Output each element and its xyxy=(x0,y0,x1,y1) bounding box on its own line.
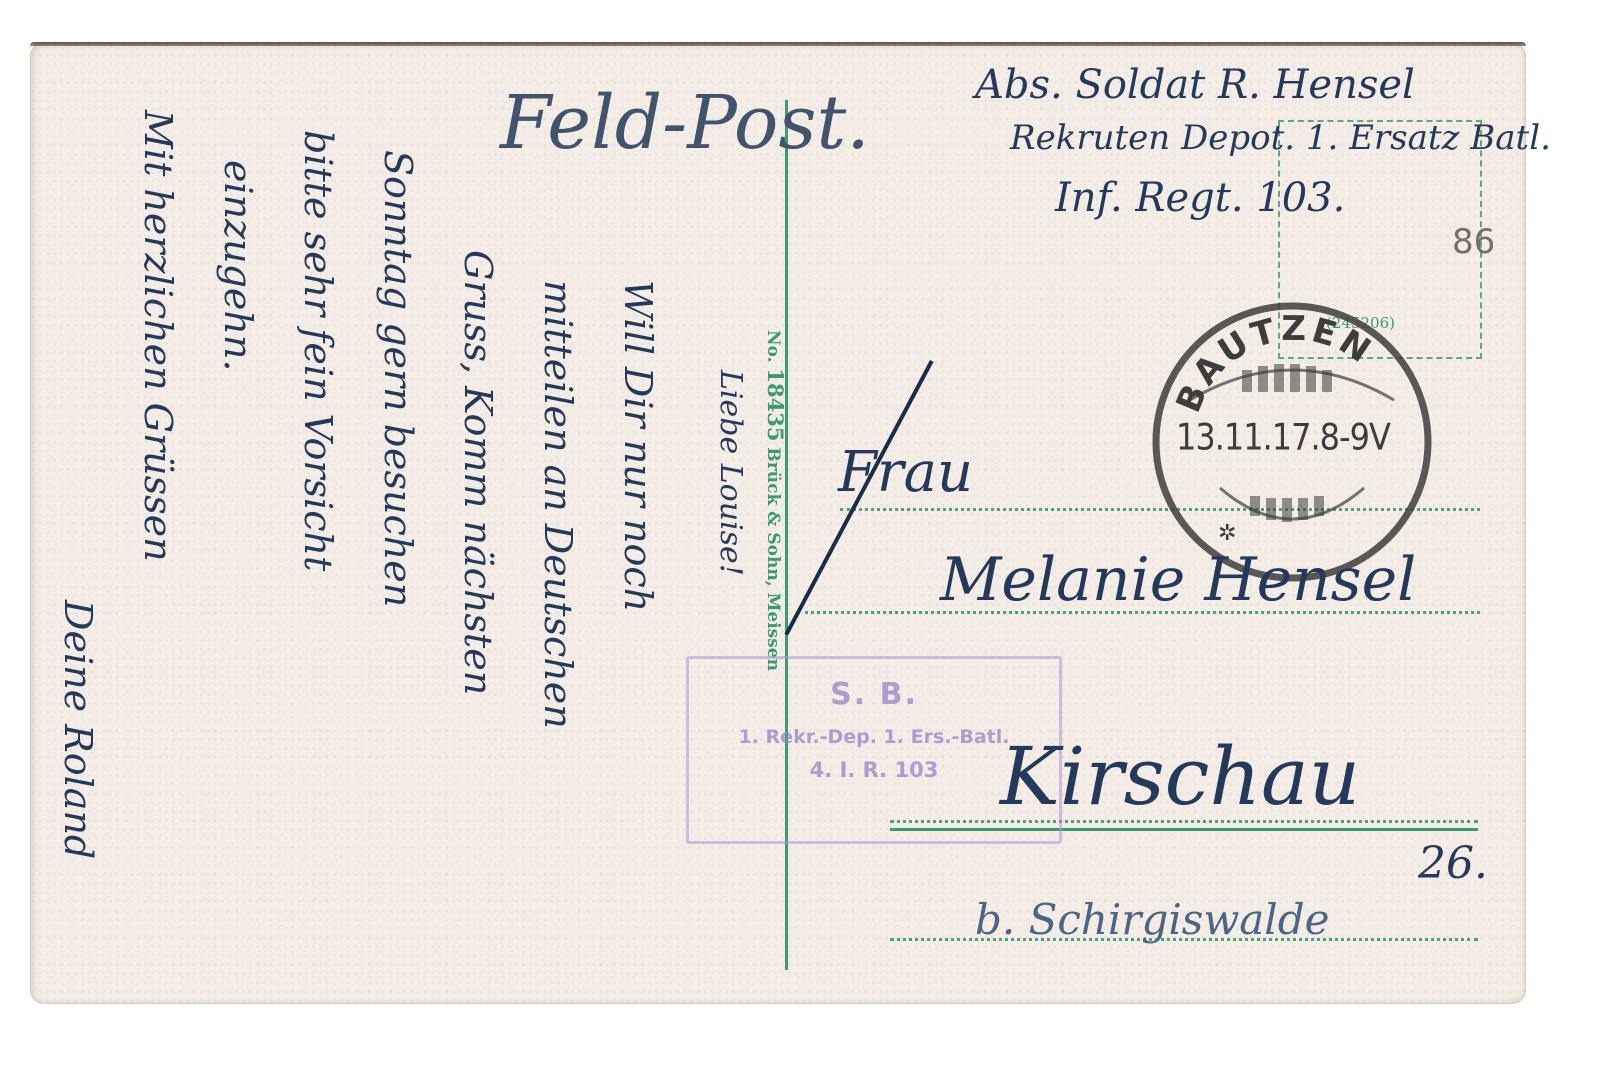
postmark-town: BAUTZEN xyxy=(1169,309,1381,418)
message-line-7: Mit herzlichen Grüssen xyxy=(136,110,180,562)
recipient-name: Melanie Hensel xyxy=(940,545,1416,615)
message-line-4: Sonntag gern besuchen xyxy=(376,150,420,607)
message-line-8: Deine Roland xyxy=(56,600,100,859)
printer-number: 18435 xyxy=(763,368,788,441)
printer-publisher: Brück & Sohn, Meissen xyxy=(763,447,783,671)
message-greeting: Liebe Louise! xyxy=(713,370,748,576)
pencil-note: 86 xyxy=(1452,222,1495,262)
recipient-district: b. Schirgiswalde xyxy=(975,895,1329,944)
censor-line-1: S. B. xyxy=(689,677,1059,712)
sender-line-2: Rekruten Depot. 1. Ersatz Batl. xyxy=(1010,118,1551,158)
printer-prefix: No. xyxy=(763,330,783,363)
message-line-1: Will Dir nur noch xyxy=(616,280,660,612)
sender-line-3: Inf. Regt. 103. xyxy=(1055,175,1345,221)
recipient-house-number: 26. xyxy=(1418,838,1488,889)
printer-imprint: No. 18435 Brück & Sohn, Meissen xyxy=(763,330,788,671)
recipient-town: Kirschau xyxy=(1000,730,1360,823)
message-line-5: bitte sehr fein Vorsicht xyxy=(296,130,340,571)
message-line-2: mitteilen an Deutschen xyxy=(536,280,580,729)
recipient-salutation: Frau xyxy=(838,440,973,505)
svg-text:✲: ✲ xyxy=(1218,521,1236,546)
feldpost-heading: Feld-Post. xyxy=(500,80,870,166)
svg-text:BAUTZEN: BAUTZEN xyxy=(1169,309,1381,418)
message-line-3: Gruss, Komm nächsten xyxy=(456,250,500,695)
message-line-6: einzugehn. xyxy=(216,160,260,371)
postmark-date: 13.11.17.8-9V xyxy=(1176,415,1390,459)
sender-line-1: Abs. Soldat R. Hensel xyxy=(975,62,1415,108)
